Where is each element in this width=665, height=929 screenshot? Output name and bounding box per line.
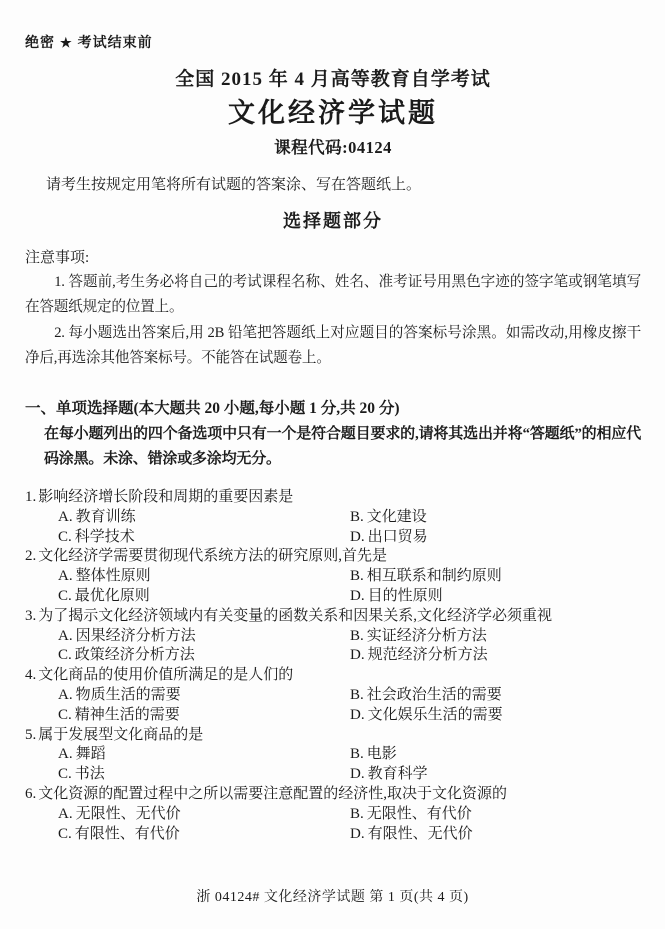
option-text: 政策经济分析方法 xyxy=(75,647,195,663)
option-text: 最优化原则 xyxy=(75,588,150,604)
option-label: C. xyxy=(58,529,72,545)
option-label: B. xyxy=(350,746,364,762)
option-text: 相互联系和制约原则 xyxy=(367,568,502,584)
page-footer: 浙 04124# 文化经济学试题 第 1 页(共 4 页) xyxy=(0,886,665,906)
option-text: 文化建设 xyxy=(367,509,427,525)
option-label: B. xyxy=(350,509,364,525)
question-options: A.舞蹈 B.电影 C.书法 D.教育科学 xyxy=(25,745,641,785)
option-text: 无限性、有代价 xyxy=(367,806,472,822)
section-heading: 一、单项选择题(本大题共 20 小题,每小题 1 分,共 20 分) xyxy=(25,399,641,419)
question-options: A.因果经济分析方法 B.实证经济分析方法 C.政策经济分析方法 D.规范经济分… xyxy=(25,627,641,667)
option-label: D. xyxy=(350,766,365,782)
option-a: A.教育训练 xyxy=(58,508,350,528)
question-number: 4. xyxy=(25,667,36,683)
option-text: 电影 xyxy=(367,746,397,762)
option-text: 无限性、无代价 xyxy=(76,806,181,822)
option-c: C.书法 xyxy=(58,765,350,785)
general-instruction: 请考生按规定用笔将所有试题的答案涂、写在答题纸上。 xyxy=(25,174,641,196)
section-instructions: 在每小题列出的四个备选项中只有一个是符合题目要求的,请将其选出并将“答题纸”的相… xyxy=(44,422,641,472)
option-label: A. xyxy=(58,509,73,525)
option-label: D. xyxy=(350,588,365,604)
option-label: D. xyxy=(350,707,365,723)
option-label: B. xyxy=(350,628,364,644)
star-icon: ★ xyxy=(55,35,78,50)
option-label: C. xyxy=(58,826,72,842)
option-label: D. xyxy=(350,647,365,663)
option-d: D.出口贸易 xyxy=(350,528,641,548)
option-a: A.物质生活的需要 xyxy=(58,686,350,706)
question-4: 4.文化商品的使用价值所满足的是人们的 A.物质生活的需要 B.社会政治生活的需… xyxy=(25,666,641,725)
question-options: A.整体性原则 B.相互联系和制约原则 C.最优化原则 D.目的性原则 xyxy=(25,567,641,607)
paper-title: 文化经济学试题 xyxy=(25,96,641,130)
question-number: 1. xyxy=(25,489,36,505)
option-text: 因果经济分析方法 xyxy=(76,628,196,644)
option-label: A. xyxy=(58,746,73,762)
question-2: 2.文化经济学需要贯彻现代系统方法的研究原则,首先是 A.整体性原则 B.相互联… xyxy=(25,547,641,606)
question-stem: 2.文化经济学需要贯彻现代系统方法的研究原则,首先是 xyxy=(25,547,641,567)
option-text: 物质生活的需要 xyxy=(76,687,181,703)
option-c: C.最优化原则 xyxy=(58,587,350,607)
question-5: 5.属于发展型文化商品的是 A.舞蹈 B.电影 C.书法 D.教育科学 xyxy=(25,726,641,785)
option-b: B.文化建设 xyxy=(350,508,641,528)
exam-session-title: 全国 2015 年 4 月高等教育自学考试 xyxy=(25,67,641,93)
option-c: C.精神生活的需要 xyxy=(58,706,350,726)
classification-banner: 绝密★考试结束前 xyxy=(25,33,641,53)
question-stem: 3.为了揭示文化经济领域内有关变量的函数关系和因果关系,文化经济学必须重视 xyxy=(25,607,641,627)
option-b: B.社会政治生活的需要 xyxy=(350,686,641,706)
question-options: A.无限性、无代价 B.无限性、有代价 C.有限性、有代价 D.有限性、无代价 xyxy=(25,805,641,845)
option-text: 规范经济分析方法 xyxy=(368,647,488,663)
question-text: 影响经济增长阶段和周期的重要因素是 xyxy=(38,489,293,505)
option-label: C. xyxy=(58,588,72,604)
question-text: 文化经济学需要贯彻现代系统方法的研究原则,首先是 xyxy=(38,548,387,564)
option-label: A. xyxy=(58,568,73,584)
option-text: 目的性原则 xyxy=(368,588,443,604)
question-stem: 5.属于发展型文化商品的是 xyxy=(25,726,641,746)
option-a: A.整体性原则 xyxy=(58,567,350,587)
option-d: D.文化娱乐生活的需要 xyxy=(350,706,641,726)
option-d: D.规范经济分析方法 xyxy=(350,646,641,666)
question-text: 为了揭示文化经济领域内有关变量的函数关系和因果关系,文化经济学必须重视 xyxy=(38,608,552,624)
option-label: C. xyxy=(58,647,72,663)
option-c: C.政策经济分析方法 xyxy=(58,646,350,666)
option-d: D.有限性、无代价 xyxy=(350,825,641,845)
question-list: 1.影响经济增长阶段和周期的重要因素是 A.教育训练 B.文化建设 C.科学技术… xyxy=(25,488,641,844)
option-c: C.科学技术 xyxy=(58,528,350,548)
option-text: 有限性、有代价 xyxy=(75,826,180,842)
option-label: C. xyxy=(58,766,72,782)
option-a: A.无限性、无代价 xyxy=(58,805,350,825)
option-text: 出口贸易 xyxy=(368,529,428,545)
option-a: A.因果经济分析方法 xyxy=(58,627,350,647)
question-number: 5. xyxy=(25,727,36,743)
option-b: B.无限性、有代价 xyxy=(350,805,641,825)
option-text: 科学技术 xyxy=(75,529,135,545)
option-label: A. xyxy=(58,687,73,703)
question-3: 3.为了揭示文化经济领域内有关变量的函数关系和因果关系,文化经济学必须重视 A.… xyxy=(25,607,641,666)
question-text: 文化资源的配置过程中之所以需要注意配置的经济性,取决于文化资源的 xyxy=(38,786,507,802)
question-stem: 4.文化商品的使用价值所满足的是人们的 xyxy=(25,666,641,686)
option-text: 精神生活的需要 xyxy=(75,707,180,723)
security-timing-text: 考试结束前 xyxy=(78,36,153,51)
option-label: C. xyxy=(58,707,72,723)
question-options: A.教育训练 B.文化建设 C.科学技术 D.出口贸易 xyxy=(25,508,641,548)
course-code: 课程代码:04124 xyxy=(25,137,641,159)
notes-title: 注意事项: xyxy=(25,248,641,268)
question-number: 2. xyxy=(25,548,36,564)
option-a: A.舞蹈 xyxy=(58,745,350,765)
part-heading: 选择题部分 xyxy=(25,209,641,233)
question-options: A.物质生活的需要 B.社会政治生活的需要 C.精神生活的需要 D.文化娱乐生活… xyxy=(25,686,641,726)
option-text: 文化娱乐生活的需要 xyxy=(368,707,503,723)
note-item-2: 2. 每小题选出答案后,用 2B 铅笔把答题纸上对应题目的答案标号涂黑。如需改动… xyxy=(25,321,641,370)
option-b: B.实证经济分析方法 xyxy=(350,627,641,647)
question-stem: 6.文化资源的配置过程中之所以需要注意配置的经济性,取决于文化资源的 xyxy=(25,785,641,805)
option-text: 舞蹈 xyxy=(76,746,106,762)
question-number: 6. xyxy=(25,786,36,802)
option-text: 书法 xyxy=(75,766,105,782)
security-level-text: 绝密 xyxy=(25,36,55,51)
question-stem: 1.影响经济增长阶段和周期的重要因素是 xyxy=(25,488,641,508)
note-item-1: 1. 答题前,考生务必将自己的考试课程名称、姓名、准考证号用黑色字迹的签字笔或钢… xyxy=(25,270,641,319)
option-d: D.目的性原则 xyxy=(350,587,641,607)
question-number: 3. xyxy=(25,608,36,624)
option-text: 社会政治生活的需要 xyxy=(367,687,502,703)
option-text: 教育科学 xyxy=(368,766,428,782)
option-b: B.相互联系和制约原则 xyxy=(350,567,641,587)
option-text: 有限性、无代价 xyxy=(368,826,473,842)
question-text: 属于发展型文化商品的是 xyxy=(38,727,203,743)
option-d: D.教育科学 xyxy=(350,765,641,785)
option-label: A. xyxy=(58,806,73,822)
option-label: B. xyxy=(350,568,364,584)
option-label: A. xyxy=(58,628,73,644)
option-c: C.有限性、有代价 xyxy=(58,825,350,845)
question-6: 6.文化资源的配置过程中之所以需要注意配置的经济性,取决于文化资源的 A.无限性… xyxy=(25,785,641,844)
option-text: 教育训练 xyxy=(76,509,136,525)
option-label: B. xyxy=(350,806,364,822)
option-text: 实证经济分析方法 xyxy=(367,628,487,644)
exam-paper-page: 绝密★考试结束前 全国 2015 年 4 月高等教育自学考试 文化经济学试题 课… xyxy=(0,0,665,929)
question-text: 文化商品的使用价值所满足的是人们的 xyxy=(38,667,293,683)
option-label: D. xyxy=(350,529,365,545)
option-b: B.电影 xyxy=(350,745,641,765)
option-label: B. xyxy=(350,687,364,703)
option-text: 整体性原则 xyxy=(76,568,151,584)
option-label: D. xyxy=(350,826,365,842)
question-1: 1.影响经济增长阶段和周期的重要因素是 A.教育训练 B.文化建设 C.科学技术… xyxy=(25,488,641,547)
